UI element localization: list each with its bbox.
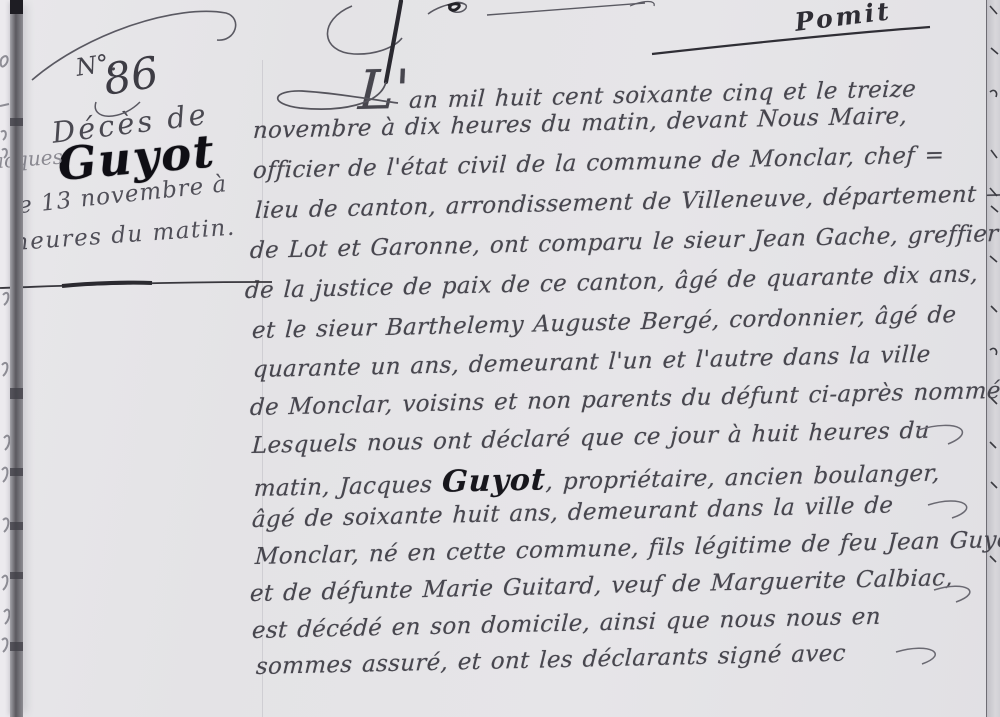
body-line: officier de l'état civil de la commune d…: [252, 142, 944, 184]
body-line: est décédé en son domicile, ainsi que no…: [251, 604, 881, 644]
body-line-text: matin, Jacques: [253, 472, 442, 502]
margin-time-line: heures du matin.: [13, 215, 236, 256]
signature-underline: [652, 27, 930, 54]
body-line: et le sieur Barthelemy Auguste Bergé, co…: [251, 302, 957, 344]
body-line: quarante un ans, demeurant l'un et l'aut…: [252, 342, 931, 383]
body-line: Lesquels nous ont déclaré que ce jour à …: [251, 418, 930, 459]
gutter-knot: [10, 572, 23, 579]
body-line: sommes assuré, et ont les déclarants sig…: [255, 641, 846, 680]
margin-separator-line: [0, 282, 272, 288]
gutter-knot: [10, 118, 23, 126]
gutter-knot: [10, 522, 23, 530]
deceased-name: Guyot: [441, 462, 546, 499]
body-line: lieu de canton, arrondissement de Villen…: [254, 181, 1000, 224]
body-line: de Lot et Garonne, ont comparu le sieur …: [249, 221, 999, 264]
gutter-knot: [10, 388, 23, 399]
death-record-page: N°. 86 Décès de Jacques Guyot le 13 nove…: [0, 0, 1000, 717]
body-line: Monclar, né en cette commune, fils légit…: [254, 527, 1000, 570]
body-line-text: , propriétaire, ancien boulanger,: [545, 460, 940, 495]
body-line: de Monclar, voisins et non parents du dé…: [249, 378, 1000, 421]
gutter-knot: [10, 468, 23, 476]
act-number: 86: [100, 48, 162, 106]
previous-page-edge: [0, 0, 10, 717]
binding-gutter: [10, 0, 23, 717]
mayor-signature: Pomit: [793, 0, 893, 37]
gutter-ink-blot: [10, 0, 23, 14]
body-line: de la justice de paix de ce canton, âgé …: [244, 261, 978, 304]
facing-page-edge: [986, 0, 1000, 717]
body-line: et de défunte Marie Guitard, veuf de Mar…: [249, 565, 953, 607]
gutter-knot: [10, 642, 23, 651]
